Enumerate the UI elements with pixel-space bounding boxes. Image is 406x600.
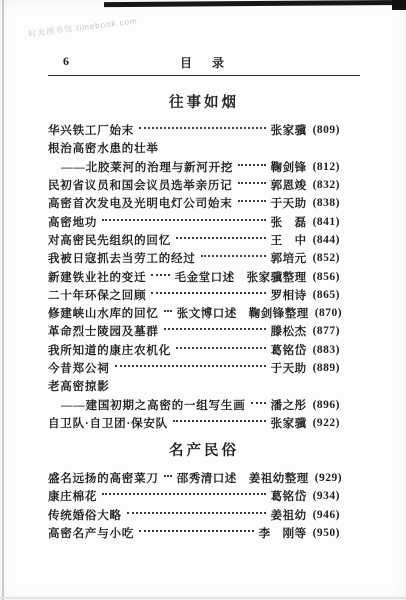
entry-title: 康庄棉花 — [48, 488, 97, 504]
toc-entry: 今昔郑公祠于天助(889) — [48, 359, 340, 377]
entry-authors: 张 磊 — [271, 214, 307, 230]
toc-entry: 老高密掠影 — [48, 377, 340, 395]
dot-leader — [176, 237, 266, 239]
entry-authors: 张家骥 — [271, 122, 307, 138]
entry-title: 华兴铁工厂始末 — [48, 122, 134, 138]
scan-top-corner — [392, 0, 406, 10]
dot-leader — [164, 310, 172, 312]
entry-title: 老高密掠影 — [48, 378, 110, 394]
entry-page: (838) — [313, 197, 340, 209]
entry-page: (865) — [313, 289, 340, 301]
toc-entry: ——建国初期之高密的一组写生画潘之彤(896) — [48, 395, 340, 413]
entry-title: 高密名产与小吃 — [48, 525, 134, 541]
dot-leader — [151, 292, 265, 294]
scanned-toc-page: 时光图书馆 timebook.com 6 目 录 往事如烟华兴铁工厂始末张家骥(… — [0, 0, 406, 600]
entry-title: ——建国初期之高密的一组写生画 — [48, 397, 246, 413]
entry-page: (889) — [313, 362, 340, 374]
entry-page: (832) — [313, 179, 340, 191]
entry-authors: 王 中 — [271, 232, 307, 248]
dot-leader — [173, 420, 266, 422]
toc-entry: 民初省议员和国会议员选举亲历记郭恩竣(832) — [48, 176, 340, 194]
dot-leader — [201, 255, 266, 257]
page-header: 6 目 录 — [48, 54, 360, 76]
dot-leader — [139, 127, 265, 129]
entry-authors: 李 刚等 — [259, 525, 307, 541]
entry-title: 二十年环保之回顾 — [48, 287, 146, 303]
entry-authors: 潘之彤 — [271, 397, 307, 413]
entry-page: (844) — [313, 234, 340, 246]
entry-title: 革命烈士陵园及墓群 — [48, 323, 159, 339]
entry-authors: 于天助 — [271, 195, 307, 211]
toc-entry: 我被日寇抓去当劳工的经过郭培元(852) — [48, 249, 340, 267]
entry-authors: 葛铭岱 — [271, 488, 307, 504]
entry-title: 我被日寇抓去当劳工的经过 — [48, 250, 196, 266]
toc-entry: ——北胶莱河的治理与新河开挖鞠剑锋(812) — [48, 158, 340, 176]
entry-page: (841) — [313, 216, 340, 228]
entry-page: (883) — [313, 344, 340, 356]
entry-page: (877) — [313, 325, 340, 337]
dot-leader — [238, 164, 265, 166]
section-heading: 名产民俗 — [48, 439, 360, 460]
entry-authors: 郭培元 — [271, 250, 307, 266]
entry-title: 新建铁业社的变迁 — [48, 269, 146, 285]
toc-entry: 高密地功张 磊(841) — [48, 212, 340, 230]
entry-authors: 罗相诗 — [271, 287, 307, 303]
scan-bottom-edge — [0, 597, 406, 599]
toc-entry: 传统婚俗大略姜祖幼(946) — [48, 506, 340, 524]
entry-authors: 张家骥 — [271, 415, 307, 431]
toc-entry: 修建峡山水库的回忆张文博口述 鞠剑锋整理(870) — [48, 304, 340, 322]
dot-leader — [139, 530, 253, 532]
toc-entry: 根治高密水患的壮举 — [48, 139, 340, 157]
entry-page: (934) — [313, 490, 340, 502]
dot-leader — [164, 328, 266, 330]
entry-page: (809) — [313, 124, 340, 136]
entry-authors: 于天助 — [271, 360, 307, 376]
entry-title: 盛名远扬的高密菜刀 — [48, 470, 159, 486]
toc-entry: 自卫队·自卫团·保安队张家骥(922) — [48, 414, 340, 432]
entry-title: 民初省议员和国会议员选举亲历记 — [48, 177, 233, 193]
entry-title: 高密地功 — [48, 214, 97, 230]
dot-leader — [127, 512, 266, 514]
entry-page: (870) — [315, 307, 342, 319]
entry-title: 对高密民先组织的回忆 — [48, 232, 171, 248]
dot-leader — [238, 182, 266, 184]
entry-authors: 鞠剑锋 — [271, 159, 307, 175]
dot-leader — [238, 200, 266, 202]
entry-page: (950) — [313, 527, 340, 539]
entry-title: ——北胶莱河的治理与新河开挖 — [48, 159, 233, 175]
toc-entry: 二十年环保之回顾罗相诗(865) — [48, 286, 340, 304]
entry-authors: 邵秀清口述 姜祖幼整理 — [177, 470, 309, 486]
toc-sections: 往事如烟华兴铁工厂始末张家骥(809)根治高密水患的壮举——北胶莱河的治理与新河… — [48, 91, 360, 542]
entry-title: 自卫队·自卫团·保安队 — [48, 415, 168, 431]
entry-page: (852) — [313, 252, 340, 264]
toc-entry: 康庄棉花葛铭岱(934) — [48, 487, 340, 505]
contents-title: 目 录 — [48, 54, 360, 71]
toc-entry: 高密名产与小吃李 刚等(950) — [48, 524, 340, 542]
entry-page: (929) — [315, 472, 342, 484]
entry-authors: 郭恩竣 — [271, 177, 307, 193]
scan-left-edge — [2, 0, 4, 600]
entry-page: (856) — [313, 271, 340, 283]
entry-page: (922) — [313, 417, 340, 429]
dot-leader — [102, 493, 265, 495]
toc-entry: 华兴铁工厂始末张家骥(809) — [48, 121, 340, 139]
toc-list: 华兴铁工厂始末张家骥(809)根治高密水患的壮举——北胶莱河的治理与新河开挖鞠剑… — [48, 121, 340, 432]
entry-authors: 姜祖幼 — [271, 507, 307, 523]
toc-entry: 对高密民先组织的回忆王 中(844) — [48, 231, 340, 249]
entry-authors: 张文博口述 鞠剑锋整理 — [177, 305, 309, 321]
section-heading: 往事如烟 — [48, 91, 360, 112]
entry-title: 修建峡山水库的回忆 — [48, 305, 159, 321]
entry-title: 我所知道的康庄农机化 — [48, 342, 171, 358]
dot-leader — [176, 347, 266, 349]
entry-title: 传统婚俗大略 — [48, 507, 122, 523]
toc-entry: 新建铁业社的变迁毛金堂口述 张家骥整理(856) — [48, 267, 340, 285]
dot-leader — [115, 365, 266, 367]
entry-title: 高密首次发电及光明电灯公司始末 — [48, 195, 233, 211]
toc-list: 盛名远扬的高密菜刀邵秀清口述 姜祖幼整理(929)康庄棉花葛铭岱(934)传统婚… — [48, 469, 340, 542]
toc-entry: 盛名远扬的高密菜刀邵秀清口述 姜祖幼整理(929) — [48, 469, 340, 487]
entry-title: 今昔郑公祠 — [48, 360, 110, 376]
toc-entry: 高密首次发电及光明电灯公司始末于天助(838) — [48, 194, 340, 212]
entry-page: (896) — [313, 399, 340, 411]
entry-page: (812) — [313, 161, 340, 173]
entry-authors: 毛金堂口述 张家骥整理 — [175, 269, 307, 285]
dot-leader — [251, 402, 266, 404]
entry-title: 根治高密水患的壮举 — [48, 140, 159, 156]
toc-entry: 我所知道的康庄农机化葛铭岱(883) — [48, 341, 340, 359]
entry-page: (946) — [313, 509, 340, 521]
page-content: 6 目 录 往事如烟华兴铁工厂始末张家骥(809)根治高密水患的壮举——北胶莱河… — [48, 0, 360, 542]
dot-leader — [102, 219, 265, 221]
entry-authors: 葛铭岱 — [271, 342, 307, 358]
dot-leader — [164, 475, 172, 477]
entry-authors: 滕松杰 — [271, 323, 307, 339]
dot-leader — [151, 274, 169, 276]
toc-entry: 革命烈士陵园及墓群滕松杰(877) — [48, 322, 340, 340]
